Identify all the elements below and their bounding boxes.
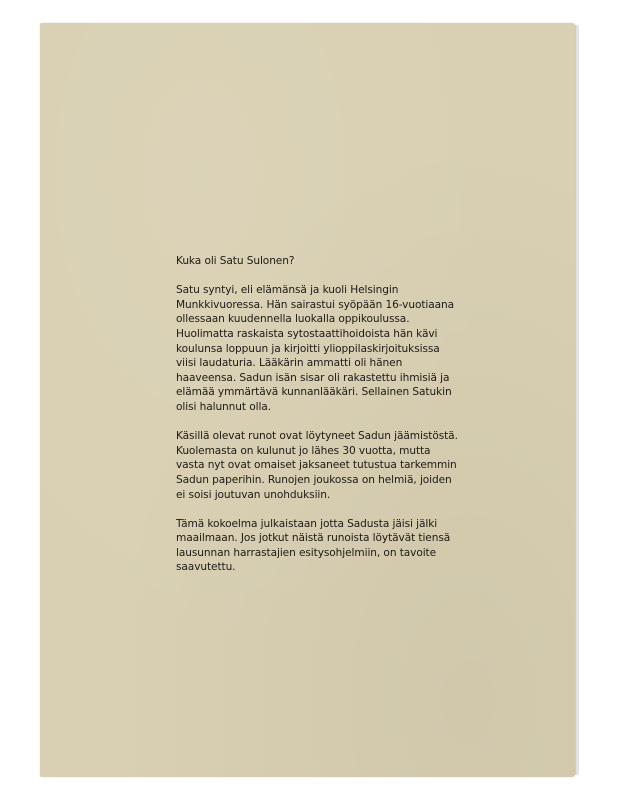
paragraph-poems-origin: Käsillä olevat runot ovat löytyneet Sadu… (176, 429, 466, 502)
text-line: elämää ymmärtävä kunnanlääkäri. Sellaine… (176, 385, 466, 400)
text-line: haaveensa. Sadun isän sisar oli rakastet… (176, 371, 466, 386)
text-line: Huolimatta raskaista sytostaattihoidoist… (176, 327, 466, 342)
book-page-edge (575, 25, 579, 775)
text-line: Käsillä olevat runot ovat löytyneet Sadu… (176, 429, 466, 444)
paragraph-purpose: Tämä kokoelma julkaistaan jotta Sadusta … (176, 517, 466, 575)
text-line: Kuolemasta on kulunut jo lähes 30 vuotta… (176, 444, 466, 459)
text-line: lausunnan harrastajien esitysohjelmiin, … (176, 546, 466, 561)
back-cover-text: Kuka oli Satu Sulonen? Satu syntyi, eli … (176, 254, 466, 590)
text-line: saavutettu. (176, 560, 466, 575)
paragraph-biography: Satu syntyi, eli elämänsä ja kuoli Helsi… (176, 283, 466, 414)
text-line: koulunsa loppuun ja kirjoitti ylioppilas… (176, 342, 466, 357)
text-line: Satu syntyi, eli elämänsä ja kuoli Helsi… (176, 283, 466, 298)
text-line: Munkkivuoressa. Hän sairastui syöpään 16… (176, 298, 466, 313)
text-line: vasta nyt ovat omaiset jaksaneet tutustu… (176, 458, 466, 473)
text-line: maailmaan. Jos jotkut näistä runoista lö… (176, 531, 466, 546)
text-line: olisi halunnut olla. (176, 400, 466, 415)
text-line: ollessaan kuudennella luokalla oppikoulu… (176, 312, 466, 327)
text-line: Sadun paperihin. Runojen joukossa on hel… (176, 473, 466, 488)
text-line: ei soisi joutuvan unohduksiin. (176, 488, 466, 503)
back-cover-heading: Kuka oli Satu Sulonen? (176, 254, 466, 269)
text-line: Tämä kokoelma julkaistaan jotta Sadusta … (176, 517, 466, 532)
text-line: viisi laudaturia. Lääkärin ammatti oli h… (176, 356, 466, 371)
